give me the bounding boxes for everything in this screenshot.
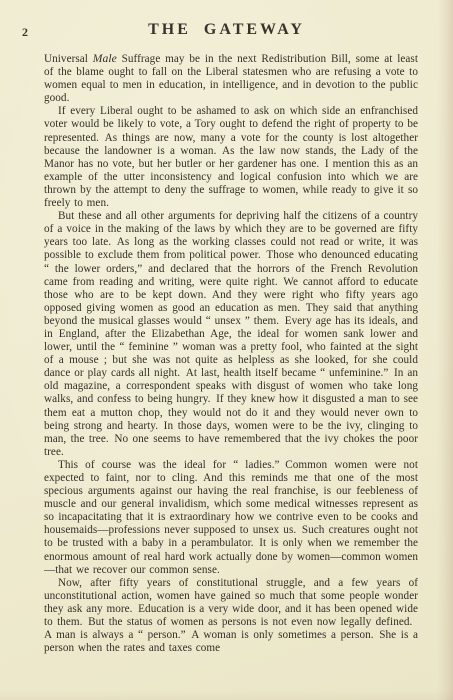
page-number: 2	[22, 25, 28, 40]
page-title: THE GATEWAY	[0, 21, 453, 39]
paragraph: But these and all other arguments for de…	[44, 210, 418, 459]
paragraph: If every Liberal ought to be ashamed to …	[44, 105, 418, 210]
body-text-block: Universal Male Suffrage may be in the ne…	[44, 52, 418, 655]
page-bottom-shadow	[0, 690, 453, 700]
page-edge-shadow	[437, 0, 453, 700]
italic-word-male: Male	[93, 52, 117, 65]
paragraph: This of course was the ideal for “ ladie…	[44, 459, 418, 577]
scanned-book-page: 2 THE GATEWAY Universal Male Suffrage ma…	[0, 0, 453, 700]
paragraph: Now, after fifty years of constitutional…	[44, 577, 418, 656]
paragraph: Universal Male Suffrage may be in the ne…	[44, 52, 418, 105]
paragraph-text: Universal	[44, 53, 93, 65]
running-header: 2 THE GATEWAY	[0, 21, 453, 39]
